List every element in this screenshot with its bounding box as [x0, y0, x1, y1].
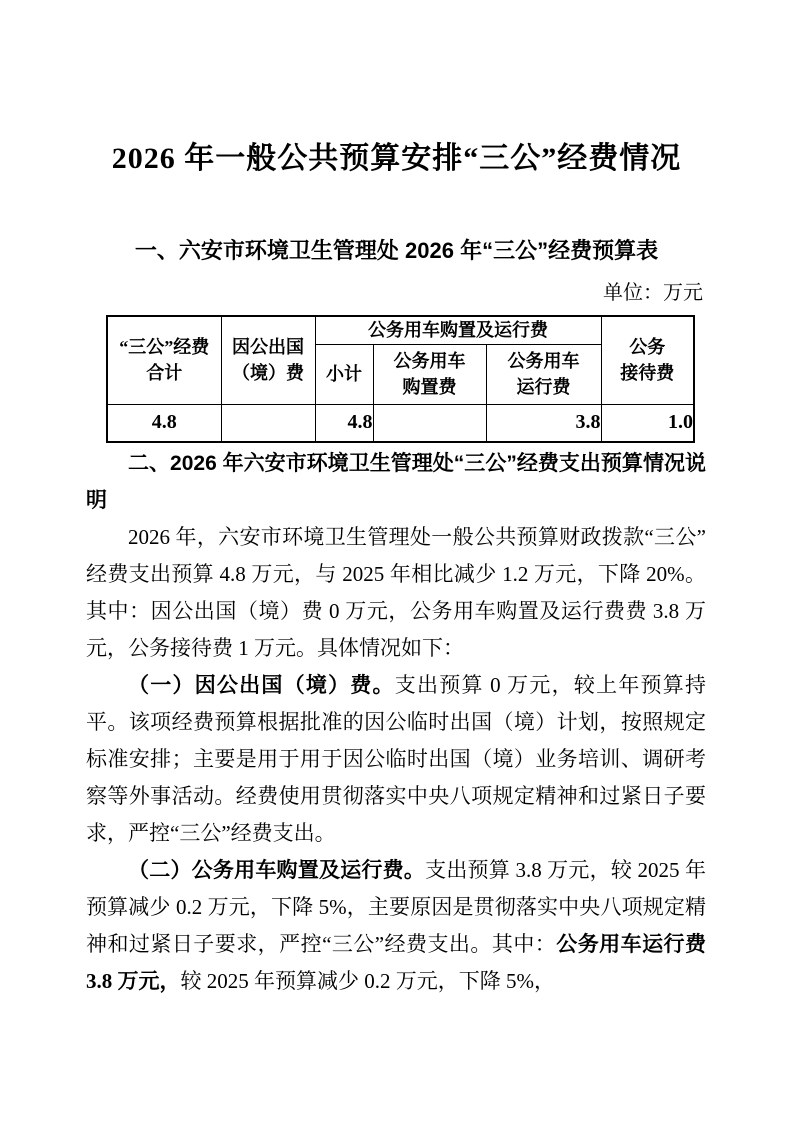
col-header-vehicle-purchase: 公务用车 购置费	[373, 344, 486, 404]
document-page: 2026 年一般公共预算安排“三公”经费情况 一、六安市环境卫生管理处 2026…	[0, 0, 793, 1122]
col-header-reception: 公务 接待费	[601, 316, 694, 404]
table-header-row-1: “三公”经费 合计 因公出国 （境）费 公务用车购置及运行费 公务 接待费	[107, 316, 694, 344]
col-header-vehicle-subtotal: 小计	[315, 344, 373, 404]
paragraph-item1-body: 支出预算 0 万元，较上年预算持平。该项经费预算根据批准的因公临时出国（境）计划…	[86, 673, 706, 845]
cell-vehicle-operation: 3.8	[486, 404, 601, 442]
section2-body: 二、2026 年六安市环境卫生管理处“三公”经费支出预算情况说明 2026 年，…	[86, 445, 706, 1000]
cell-reception: 1.0	[601, 404, 694, 442]
cell-total: 4.8	[107, 404, 221, 442]
section2-heading: 二、2026 年六安市环境卫生管理处“三公”经费支出预算情况说明	[86, 445, 706, 519]
col-header-abroad: 因公出国 （境）费	[221, 316, 315, 404]
section1-heading: 一、六安市环境卫生管理处 2026 年“三公”经费预算表	[0, 237, 793, 265]
col-header-vehicle-operation: 公务用车 运行费	[486, 344, 601, 404]
paragraph-item1: （一）因公出国（境）费。支出预算 0 万元，较上年预算持平。该项经费预算根据批准…	[86, 667, 706, 852]
paragraph-item2: （二）公务用车购置及运行费。支出预算 3.8 万元，较 2025 年预算减少 0…	[86, 852, 706, 1000]
cell-abroad	[221, 404, 315, 442]
cell-vehicle-purchase	[373, 404, 486, 442]
unit-label: 单位：万元	[603, 280, 703, 306]
paragraph-item1-lead: （一）因公出国（境）费。	[128, 673, 395, 697]
budget-table: “三公”经费 合计 因公出国 （境）费 公务用车购置及运行费 公务 接待费 小计…	[106, 315, 695, 443]
col-header-vehicle-group: 公务用车购置及运行费	[315, 316, 601, 344]
paragraph-overview: 2026 年，六安市环境卫生管理处一般公共预算财政拨款“三公”经费支出预算 4.…	[86, 519, 706, 667]
table-data-row: 4.8 4.8 3.8 1.0	[107, 404, 694, 442]
document-title: 2026 年一般公共预算安排“三公”经费情况	[0, 138, 793, 180]
paragraph-overview-text: 2026 年，六安市环境卫生管理处一般公共预算财政拨款“三公”经费支出预算 4.…	[86, 525, 706, 660]
paragraph-item2-lead: （二）公务用车购置及运行费。	[128, 858, 425, 882]
paragraph-item2-body2: 较 2025 年预算减少 0.2 万元，下降 5%，	[181, 969, 556, 993]
cell-vehicle-subtotal: 4.8	[315, 404, 373, 442]
col-header-total: “三公”经费 合计	[107, 316, 221, 404]
